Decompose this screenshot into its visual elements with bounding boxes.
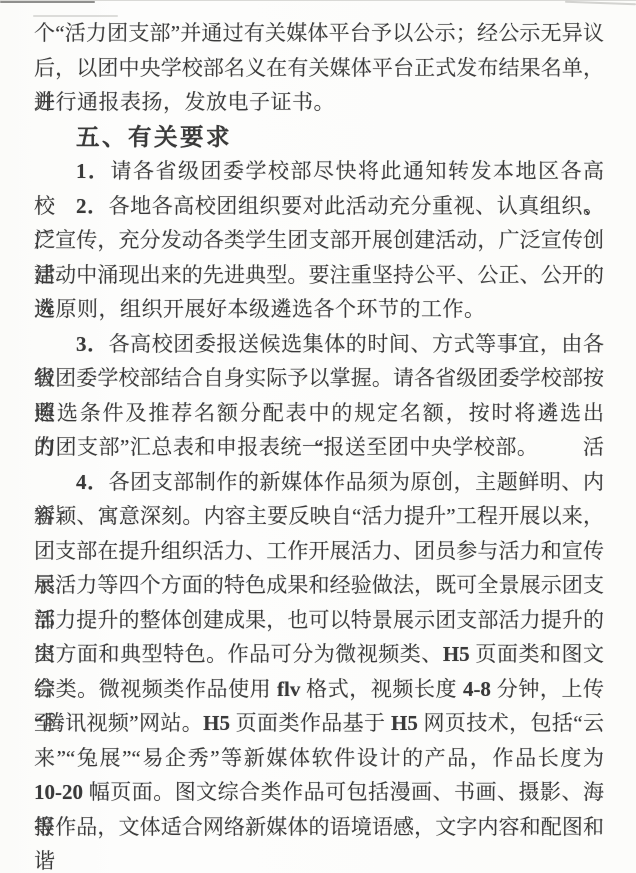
bold-text-run: 五、有关要求 [76, 124, 232, 150]
text-line-7: 泛宣传，充分发动各类学生团支部开展创建活动，广泛宣传创建 [34, 223, 604, 258]
bold-text-run: 2． [76, 194, 109, 218]
text-line-21: “腾讯视频”网站。H5 页面类作品基于 H5 网页技术，包括“云 [34, 706, 604, 741]
text-line-15: 新颖、寓意深刻。内容主要反映自“活力提升”工程开展以来， [34, 499, 604, 534]
bold-text-run: H5 [443, 642, 470, 666]
text-line-24: 等作品，文体适合网络新媒体的语境语感，文字内容和配图和谐 [34, 810, 604, 845]
text-line-12: 遴选条件及推荐名额分配表中的规定名额，按时将遴选出的“活 [34, 396, 604, 431]
scan-artifact-top-right [565, 1, 636, 5]
text-line-8: 活动中涌现出来的先进典型。要注重坚持公平、公正、公开的遴 [34, 258, 604, 293]
text-line-6: 2．各地各高校团组织要对此活动充分重视、认真组织、广 [34, 189, 604, 224]
text-run: 格式，视频长度 [300, 677, 463, 701]
document-text-block: 个“活力团支部”并通过有关媒体平台予以公示；经公示无异议后，以团中央学校部名义在… [34, 16, 604, 844]
text-run: 等作品，文体适合网络新媒体的语境语感，文字内容和配图和谐 [34, 815, 604, 873]
text-line-14: 4．各团支部制作的新媒体作品须为原创，主题鲜明、内容 [34, 465, 604, 500]
text-run: “腾讯视频”网站。 [34, 711, 203, 735]
bold-text-run: H5 [391, 711, 418, 735]
text-run: 出方面和典型特色。作品可分为微视频类、 [34, 642, 443, 666]
text-line-9: 选原则，组织开展好本级遴选各个环节的工作。 [34, 292, 604, 327]
text-run: 页面类作品基于 [230, 711, 391, 735]
text-run: 新颖、寓意深刻。内容主要反映自“活力提升”工程开展以来， [34, 504, 604, 528]
text-run: 选原则，组织开展好本级遴选各个环节的工作。 [34, 297, 486, 321]
text-run: 力团支部”汇总表和申报表统一报送至团中央学校部。 [34, 435, 538, 459]
bold-text-run: 4-8 [463, 677, 491, 701]
bold-text-run: 4． [76, 470, 109, 494]
text-line-10: 3．各高校团委报送候选集体的时间、方式等事宜，由各省 [34, 327, 604, 362]
text-line-2: 后，以团中央学校部名义在有关媒体平台正式发布结果名单，并 [34, 51, 604, 86]
text-line-23: 10-20 幅页面。图文综合类作品可包括漫画、书画、摄影、海报 [34, 775, 604, 810]
text-line-17: 示活力等四个方面的特色成果和经验做法，既可全景展示团支部 [34, 568, 604, 603]
text-line-19: 出方面和典型特色。作品可分为微视频类、H5 页面类和图文综 [34, 637, 604, 672]
section-heading: 五、有关要求 [34, 120, 604, 155]
bold-text-run: flv [277, 677, 300, 701]
text-line-3: 进行通报表扬，发放电子证书。 [34, 85, 604, 120]
bold-text-run: 1． [76, 159, 111, 183]
text-run: 合类。微视频类作品使用 [34, 677, 277, 701]
text-line-11: 级团委学校部结合自身实际予以掌握。请各省级团委学校部按照 [34, 361, 604, 396]
scan-artifact-top-left [0, 1, 95, 3]
scanned-document-page: 个“活力团支部”并通过有关媒体平台予以公示；经公示无异议后，以团中央学校部名义在… [0, 0, 636, 873]
text-line-20: 合类。微视频类作品使用 flv 格式，视频长度 4-8 分钟，上传至 [34, 672, 604, 707]
text-run: 来”“兔展”“易企秀”等新媒体软件设计的产品，作品长度为 [34, 746, 604, 770]
text-line-5: 1．请各省级团委学校部尽快将此通知转发本地区各高校。 [34, 154, 604, 189]
text-line-18: 活力提升的整体创建成果，也可以特景展示团支部活力提升的突 [34, 603, 604, 638]
text-line-22: 来”“兔展”“易企秀”等新媒体软件设计的产品，作品长度为 [34, 741, 604, 776]
scan-artifact-top-edge [0, 0, 636, 1]
text-run: 进行通报表扬，发放电子证书。 [34, 90, 335, 114]
text-run: 网页技术，包括“云 [418, 711, 604, 735]
bold-text-run: 10-20 [34, 780, 83, 804]
bold-text-run: H5 [203, 711, 230, 735]
bold-text-run: 3． [76, 332, 109, 356]
text-line-1: 个“活力团支部”并通过有关媒体平台予以公示；经公示无异议 [34, 16, 604, 51]
text-run: 个“活力团支部”并通过有关媒体平台予以公示；经公示无异议 [34, 21, 604, 45]
text-line-16: 团支部在提升组织活力、工作开展活力、团员参与活力和宣传展 [34, 534, 604, 569]
text-line-13: 力团支部”汇总表和申报表统一报送至团中央学校部。 [34, 430, 604, 465]
